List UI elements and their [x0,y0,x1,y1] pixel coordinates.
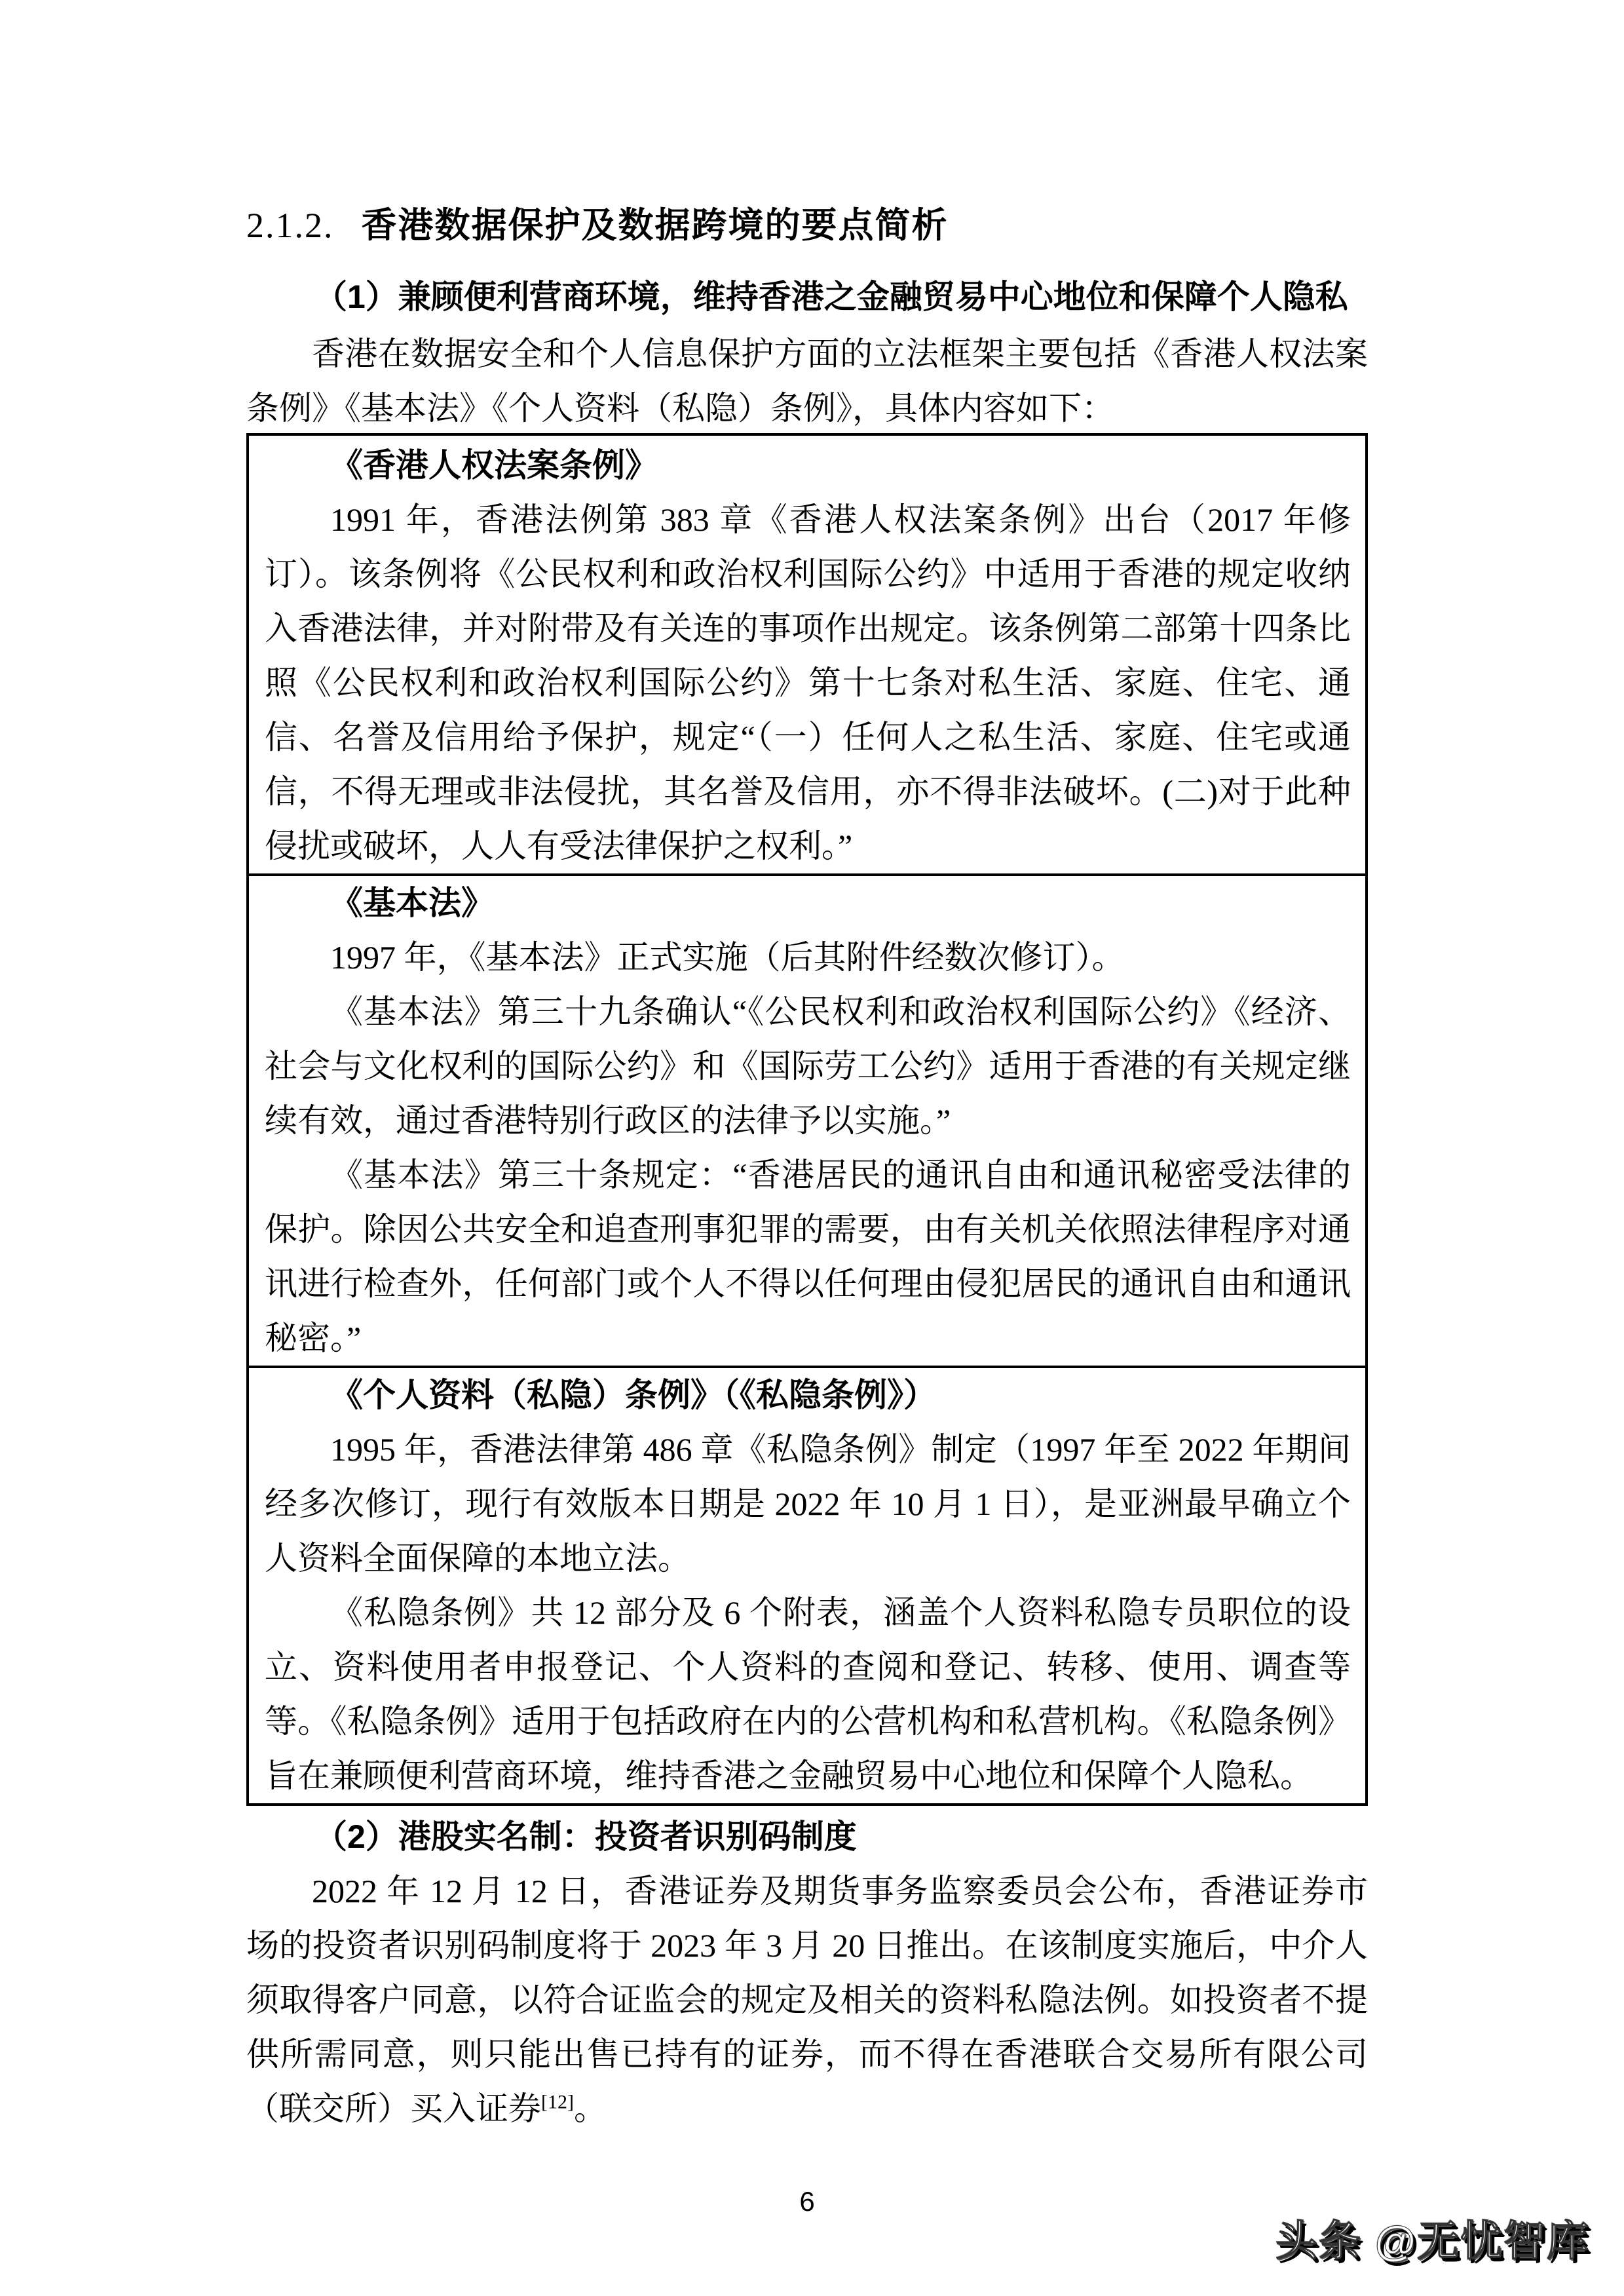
page-number: 6 [246,2187,1368,2216]
footnote-reference-12: [12] [541,2091,574,2113]
closing-paragraph-text: 2022 年 12 月 12 日，香港证券及期货事务监察委员会公布，香港证券市场… [246,1873,1368,2127]
law-box-paragraph: 1995 年，香港法律第 486 章《私隐条例》制定（1997 年至 2022 … [265,1423,1351,1586]
law-box-paragraph: 1991 年，香港法例第 383 章《香港人权法案条例》出台（2017 年修订）… [265,493,1351,873]
document-content: 2.1.2.香港数据保护及数据跨境的要点简析 （1）兼顾便利营商环境，维持香港之… [246,0,1368,2216]
law-box-privacy-ordinance: 《个人资料（私隐）条例》（《私隐条例》） 1995 年，香港法律第 486 章《… [249,1366,1365,1803]
law-box-basic-law: 《基本法》 1997 年，《基本法》正式实施（后其附件经数次修订）。 《基本法》… [249,873,1365,1366]
law-box-heading: 《基本法》 [265,876,1351,930]
law-box-heading: 《个人资料（私隐）条例》（《私隐条例》） [265,1368,1351,1423]
law-box-paragraph: 《私隐条例》共 12 部分及 6 个附表，涵盖个人资料私隐专员职位的设立、资料使… [265,1586,1351,1803]
law-box-bill-of-rights: 《香港人权法案条例》 1991 年，香港法例第 383 章《香港人权法案条例》出… [249,436,1365,873]
watermark-toutiao-wuyouzhiku: 头条 @无忧智库 [1275,2217,1590,2265]
closing-paragraph: 2022 年 12 月 12 日，香港证券及期货事务监察委员会公布，香港证券市场… [246,1864,1368,2136]
law-box-paragraph: 1997 年，《基本法》正式实施（后其附件经数次修订）。 [265,930,1351,985]
law-box-paragraph: 《基本法》第三十条规定：“香港居民的通讯自由和通讯秘密受法律的保护。除因公共安全… [265,1148,1351,1366]
section-heading: 2.1.2.香港数据保护及数据跨境的要点简析 [246,198,1368,253]
closing-paragraph-end: 。 [574,2090,607,2127]
law-box-heading: 《香港人权法案条例》 [265,438,1351,493]
document-page: 2.1.2.香港数据保护及数据跨境的要点简析 （1）兼顾便利营商环境，维持香港之… [0,0,1624,2296]
subheading-1: （1）兼顾便利营商环境，维持香港之金融贸易中心地位和保障个人隐私 [314,270,1368,324]
law-box-paragraph: 《基本法》第三十九条确认“《公民权利和政治权利国际公约》《经济、社会与文化权利的… [265,985,1351,1148]
section-heading-number: 2.1.2. [246,206,334,245]
subheading-2: （2）港股实名制：投资者识别码制度 [314,1810,1368,1864]
section-heading-title: 香港数据保护及数据跨境的要点简析 [362,206,949,245]
law-boxes-table: 《香港人权法案条例》 1991 年，香港法例第 383 章《香港人权法案条例》出… [246,433,1368,1806]
intro-paragraph: 香港在数据安全和个人信息保护方面的立法框架主要包括《香港人权法案条例》《基本法》… [246,327,1368,436]
